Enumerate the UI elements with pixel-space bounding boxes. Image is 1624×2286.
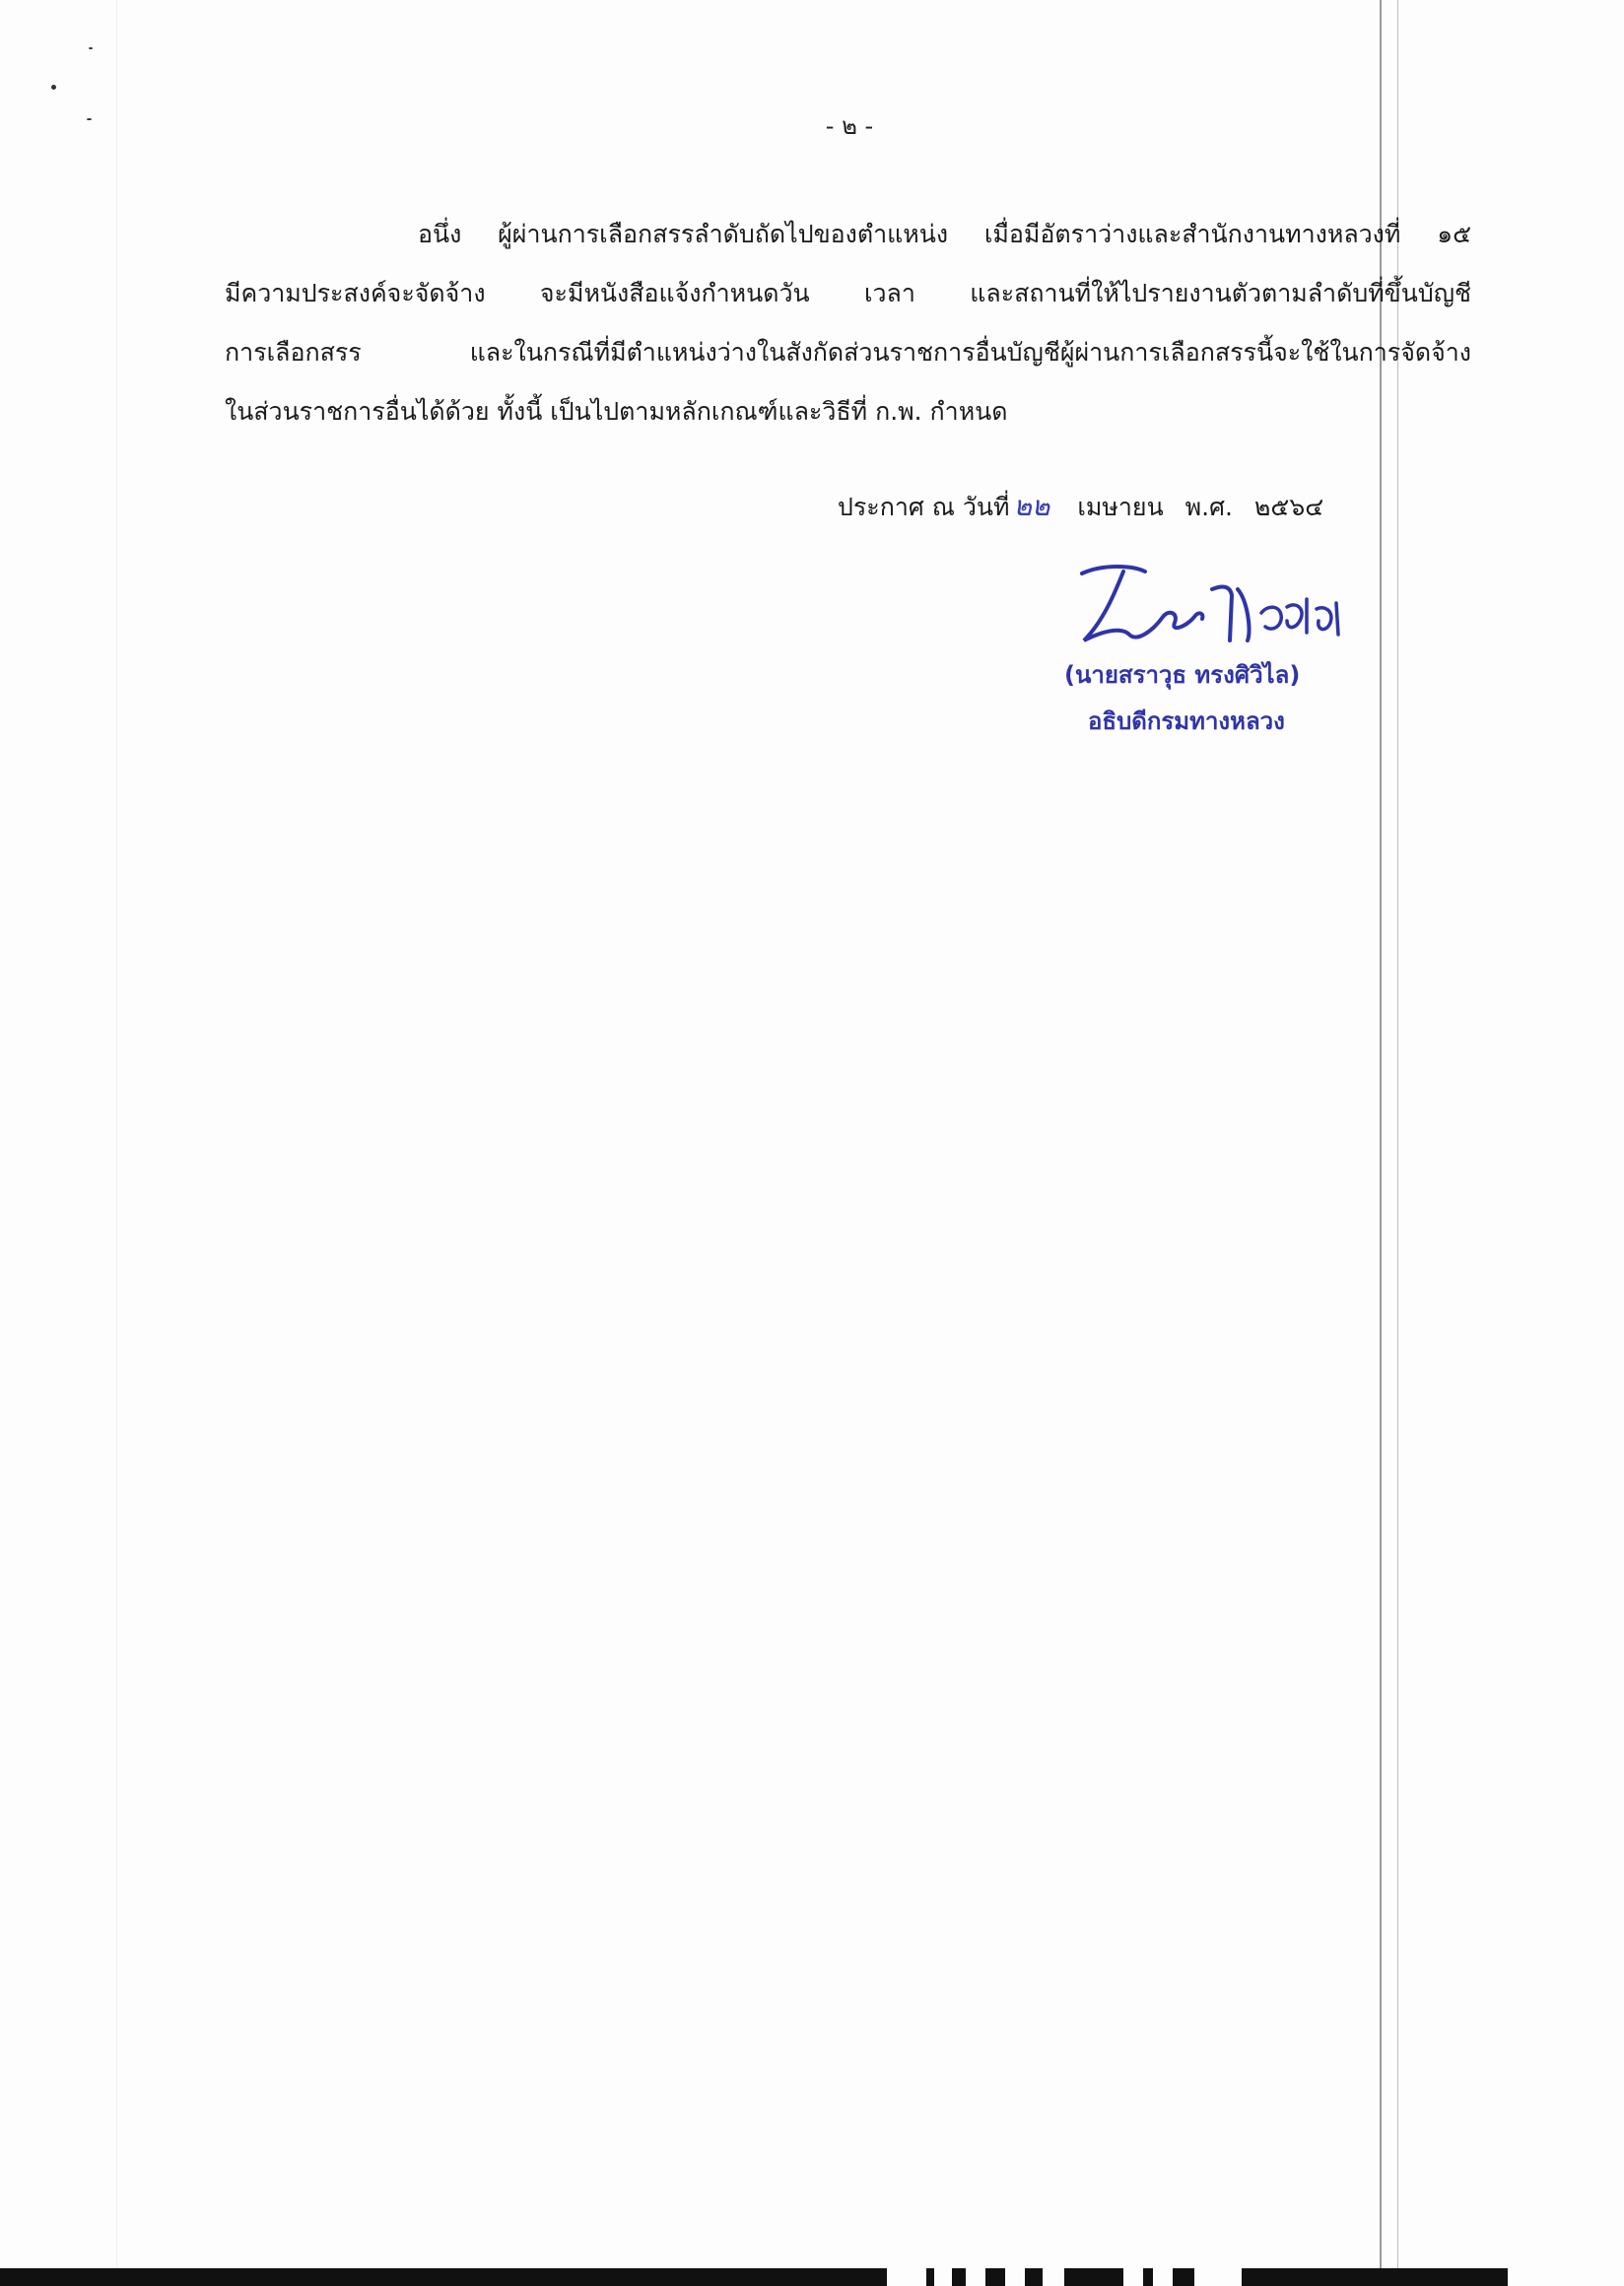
scan-edge-shadow (116, 0, 117, 2286)
signer-title: อธิบดีกรมทางหลวง (1088, 702, 1285, 740)
scan-speck (89, 47, 93, 49)
scan-bottom-fragment (1173, 2268, 1194, 2286)
announcement-date: ประกาศ ณ วันที่๒๒เมษายนพ.ศ.๒๕๖๔ (838, 477, 1389, 537)
signature-block: (นายสราวุธ ทรงศิวิไล) อธิบดีกรมทางหลวง (1045, 562, 1370, 749)
scan-bottom-fragment (985, 2268, 1005, 2286)
signature-scribble-icon (1064, 562, 1360, 660)
page-number: - ๒ - (820, 106, 879, 145)
handwritten-day: ๒๒ (1013, 490, 1049, 522)
scan-bottom-fragment (1242, 2268, 1508, 2286)
scan-bottom-fragment (926, 2268, 934, 2286)
paragraph-line-1: อนึ่ง ผู้ผ่านการเลือกสรรลำดับถัดไปของตำแ… (225, 205, 1471, 264)
scan-bottom-fragment (952, 2268, 966, 2286)
date-era: พ.ศ. (1185, 493, 1233, 521)
paragraph-line-4: ในส่วนราชการอื่นได้ด้วย ทั้งนี้ เป็นไปตา… (225, 382, 1471, 441)
date-month: เมษายน (1077, 493, 1163, 521)
signer-name: (นายสราวุธ ทรงศิวิไล) (1064, 655, 1300, 694)
date-year: ๒๕๖๔ (1254, 493, 1323, 521)
date-prefix: ประกาศ ณ วันที่ (838, 493, 1009, 521)
paragraph-line-2: มีความประสงค์จะจัดจ้าง จะมีหนังสือแจ้งกำ… (225, 264, 1471, 323)
paragraph-line-3: การเลือกสรร และในกรณีที่มีตำแหน่งว่างในส… (225, 323, 1471, 382)
scanned-document-page: - ๒ - อนึ่ง ผู้ผ่านการเลือกสรรลำดับถัดไป… (0, 0, 1624, 2286)
scan-speck (87, 118, 92, 120)
scan-bottom-edge (0, 2268, 887, 2286)
scan-bottom-fragment (1143, 2268, 1153, 2286)
scan-bottom-fragment (1025, 2268, 1043, 2286)
scan-speck (51, 85, 56, 90)
scan-bottom-fragment (1064, 2268, 1123, 2286)
